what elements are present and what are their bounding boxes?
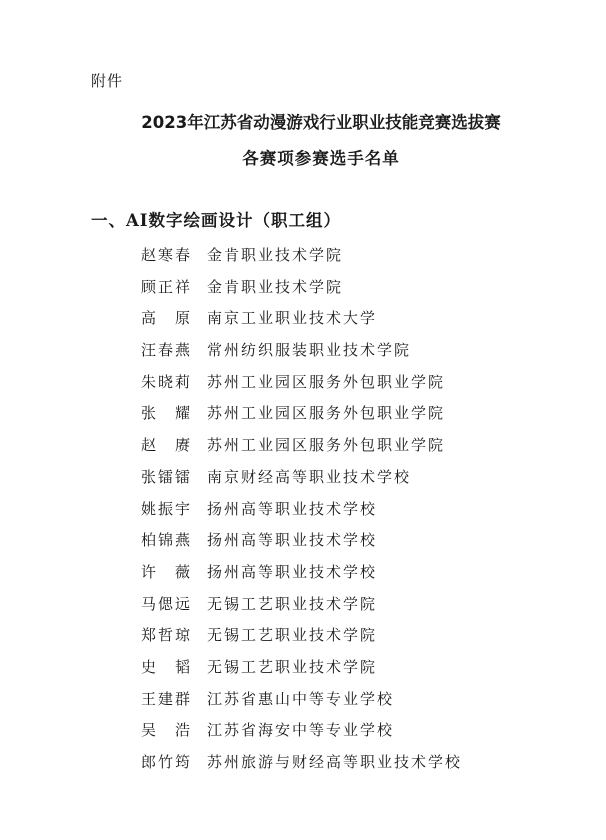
list-item: 史 韬无锡工艺职业技术学院 (141, 656, 462, 688)
list-item: 吴 浩江苏省海安中等专业学校 (141, 719, 462, 751)
list-item: 张镭镭南京财经高等职业技术学校 (141, 466, 462, 498)
participant-name: 郑哲琼 (141, 624, 207, 656)
participant-org: 苏州旅游与财经高等职业技术学校 (207, 751, 462, 783)
participant-name: 姚振宇 (141, 498, 207, 530)
list-item: 王建群江苏省惠山中等专业学校 (141, 688, 462, 720)
list-item: 朱晓莉苏州工业园区服务外包职业学院 (141, 371, 462, 403)
participant-org: 扬州高等职业技术学校 (207, 498, 377, 530)
participant-org: 苏州工业园区服务外包职业学院 (207, 402, 445, 434)
list-item: 张 耀苏州工业园区服务外包职业学院 (141, 402, 462, 434)
participant-org: 苏州工业园区服务外包职业学院 (207, 434, 445, 466)
participant-name: 马偲远 (141, 593, 207, 625)
section-heading: 一、AI数字绘画设计（职工组） (91, 207, 341, 231)
participant-org: 常州纺织服装职业技术学院 (207, 339, 411, 371)
document-subtitle: 各赛项参赛选手名单 (18, 145, 606, 169)
participant-name: 赵寒春 (141, 244, 207, 276)
participant-org: 扬州高等职业技术学校 (207, 561, 377, 593)
participant-name: 朱晓莉 (141, 371, 207, 403)
participant-org: 金肯职业技术学院 (207, 276, 343, 308)
participant-name: 吴 浩 (141, 719, 207, 751)
participant-org: 南京财经高等职业技术学校 (207, 466, 411, 498)
participant-name: 柏锦燕 (141, 529, 207, 561)
list-item: 顾正祥金肯职业技术学院 (141, 276, 462, 308)
participant-name: 顾正祥 (141, 276, 207, 308)
participant-list: 赵寒春金肯职业技术学院 顾正祥金肯职业技术学院 高 原南京工业职业技术大学 汪春… (141, 244, 462, 783)
list-item: 赵寒春金肯职业技术学院 (141, 244, 462, 276)
list-item: 郎竹筠苏州旅游与财经高等职业技术学校 (141, 751, 462, 783)
participant-org: 无锡工艺职业技术学院 (207, 593, 377, 625)
list-item: 郑哲琼无锡工艺职业技术学院 (141, 624, 462, 656)
participant-org: 金肯职业技术学院 (207, 244, 343, 276)
participant-org: 江苏省惠山中等专业学校 (207, 688, 394, 720)
attachment-label: 附件 (91, 70, 123, 91)
list-item: 高 原南京工业职业技术大学 (141, 307, 462, 339)
list-item: 赵 赓苏州工业园区服务外包职业学院 (141, 434, 462, 466)
participant-name: 许 薇 (141, 561, 207, 593)
document-title: 2023年江苏省动漫游戏行业职业技能竞赛选拔赛 (18, 109, 606, 133)
participant-name: 王建群 (141, 688, 207, 720)
list-item: 许 薇扬州高等职业技术学校 (141, 561, 462, 593)
participant-name: 史 韬 (141, 656, 207, 688)
participant-name: 张镭镭 (141, 466, 207, 498)
list-item: 柏锦燕扬州高等职业技术学校 (141, 529, 462, 561)
participant-name: 赵 赓 (141, 434, 207, 466)
participant-org: 扬州高等职业技术学校 (207, 529, 377, 561)
participant-name: 郎竹筠 (141, 751, 207, 783)
participant-name: 高 原 (141, 307, 207, 339)
list-item: 姚振宇扬州高等职业技术学校 (141, 498, 462, 530)
participant-org: 无锡工艺职业技术学院 (207, 624, 377, 656)
participant-org: 南京工业职业技术大学 (207, 307, 377, 339)
participant-org: 无锡工艺职业技术学院 (207, 656, 377, 688)
list-item: 汪春燕常州纺织服装职业技术学院 (141, 339, 462, 371)
participant-name: 张 耀 (141, 402, 207, 434)
participant-org: 江苏省海安中等专业学校 (207, 719, 394, 751)
list-item: 马偲远无锡工艺职业技术学院 (141, 593, 462, 625)
participant-org: 苏州工业园区服务外包职业学院 (207, 371, 445, 403)
participant-name: 汪春燕 (141, 339, 207, 371)
